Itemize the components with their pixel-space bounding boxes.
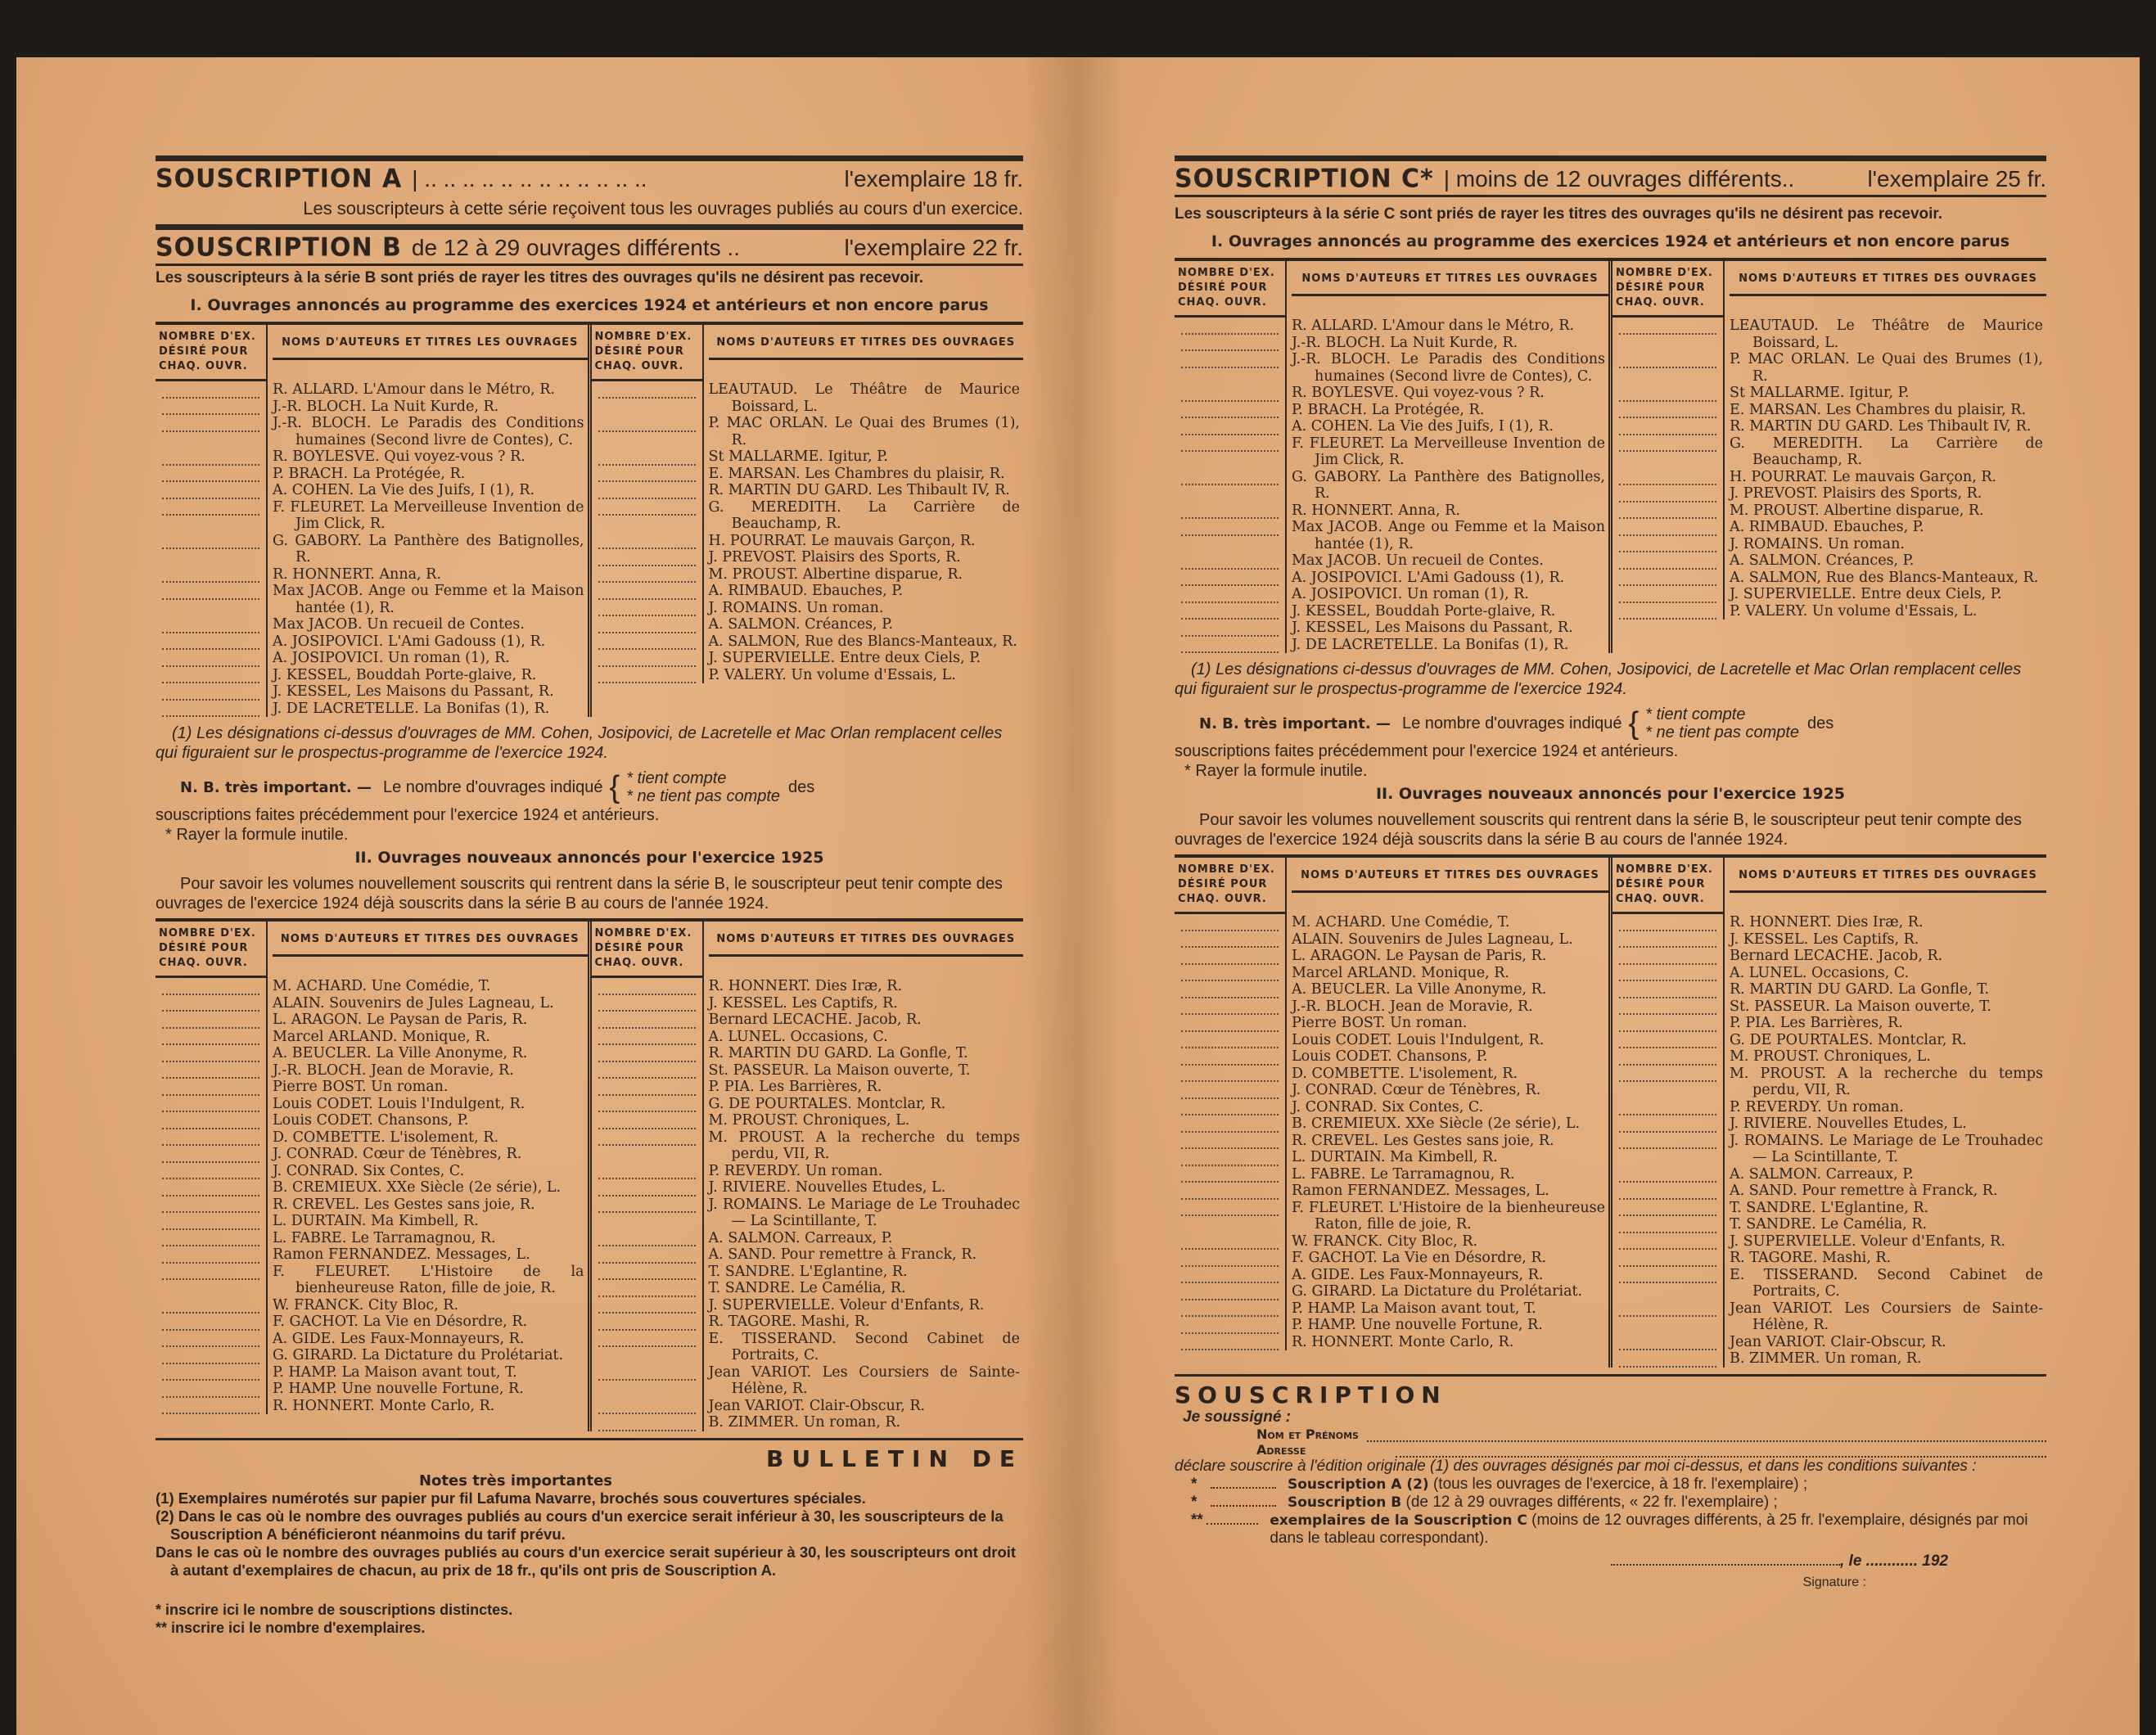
list-item: F. FLEURET. La Merveilleuse Invention de… (1175, 435, 1608, 469)
quantity-field[interactable] (156, 1012, 268, 1029)
quantity-field[interactable] (156, 667, 268, 684)
quantity-field[interactable] (156, 1297, 268, 1314)
quantity-field[interactable] (1175, 318, 1287, 335)
book-entry: Bernard LECACHE. Jacob, R. (709, 1012, 1021, 1029)
quantity-field[interactable] (156, 1196, 268, 1214)
quantity-field[interactable] (156, 1398, 268, 1415)
book-entry: A. JOSIPOVICI. L'Ami Gadouss (1), R. (1292, 570, 1605, 587)
table-right: NOMBRE D'EX. DÉSIRÉ POUR CHAQ. OUVR. NOM… (588, 922, 1024, 1431)
list-item: J. SUPERVIELLE. Entre deux Ciels, P. (592, 650, 1024, 667)
book-entry: F. FLEURET. L'Histoire de la bienheureus… (273, 1264, 584, 1297)
quantity-field[interactable] (156, 1163, 268, 1180)
quantity-field[interactable] (1175, 1300, 1287, 1318)
quantity-field[interactable] (1612, 485, 1725, 502)
list-item: Louis CODET. Louis l'Indulgent, R. (1175, 1032, 1608, 1049)
list-item: A. GIDE. Les Faux-Monnayeurs, R. (156, 1331, 588, 1348)
book-entry: Max JACOB. Ange ou Femme et la Maison ha… (1292, 519, 1605, 552)
book-entry: G. MEREDITH. La Carrière de Beauchamp, R… (1730, 435, 2043, 469)
quantity-field[interactable] (156, 399, 268, 416)
book-entry: LEAUTAUD. Le Théâtre de Maurice Boissard… (709, 381, 1021, 415)
quantity-field[interactable] (156, 616, 268, 633)
list-item: W. FRANCK. City Bloc, R. (1175, 1233, 1608, 1251)
quantity-field[interactable] (592, 650, 704, 667)
quantity-field[interactable] (1175, 1149, 1287, 1166)
quantity-field[interactable] (156, 415, 268, 448)
nb-suffix: des (788, 778, 814, 797)
quantity-field[interactable] (1175, 1233, 1287, 1251)
book-entry: J. SUPERVIELLE. Voleur d'Enfants, R. (709, 1297, 1021, 1314)
quantity-field[interactable] (1175, 1133, 1287, 1150)
quantity-field[interactable] (156, 448, 268, 466)
quantity-field[interactable] (592, 1196, 704, 1230)
book-entry: D. COMBETTE. L'isolement, R. (1292, 1066, 1605, 1083)
quantity-field[interactable] (592, 482, 704, 499)
divider (156, 155, 1023, 161)
list-item: R. MARTIN DU GARD. La Gonfle, T. (1612, 981, 2046, 998)
book-entry: B. ZIMMER. Un roman, R. (709, 1414, 1021, 1431)
book-entry: P. BRACH. La Protégée, R. (273, 466, 584, 483)
quantity-field[interactable] (1612, 1233, 1725, 1251)
list-item: P. PIA. Les Barrières, R. (592, 1079, 1024, 1096)
book-entry: T. SANDRE. L'Eglantine, R. (1730, 1200, 2043, 1217)
quantity-field[interactable] (1612, 998, 1725, 1016)
quantity-field[interactable] (156, 1213, 268, 1230)
book-entry: J. DE LACRETELLE. La Bonifas (1), R. (1292, 637, 1605, 654)
book-entry: M. PROUST. Chroniques, L. (709, 1112, 1021, 1129)
souscription-a-desc: | .. .. .. .. .. .. .. .. .. .. .. .. (402, 166, 844, 192)
quantity-field[interactable] (1175, 1267, 1287, 1284)
quantity-field[interactable] (156, 1331, 268, 1348)
quantity-field[interactable] (1175, 931, 1287, 949)
quantity-field[interactable] (592, 633, 704, 651)
quantity-field[interactable] (1612, 948, 1725, 965)
nb-option-2: * ne tient pas compte (626, 787, 780, 805)
list-item: Louis CODET. Chansons, P. (156, 1112, 588, 1129)
option-b[interactable]: * Souscription B (de 12 à 29 ouvrages di… (1175, 1494, 2046, 1512)
section2-table: NOMBRE D'EX. DÉSIRÉ POUR CHAQ. OUVR. NOM… (156, 918, 1023, 1431)
quantity-field[interactable] (1612, 1015, 1725, 1032)
list-item: E. TISSERAND. Second Cabinet de Portrait… (592, 1331, 1024, 1364)
list-item: R. TAGORE. Mashi, R. (1612, 1250, 2046, 1267)
quantity-field[interactable] (1612, 418, 1725, 435)
date-line[interactable]: , le ............ 192 (1175, 1552, 2046, 1571)
quantity-field[interactable] (1612, 1032, 1725, 1049)
quantity-field[interactable] (156, 1079, 268, 1096)
quantity-field[interactable] (1612, 519, 1725, 536)
option-a[interactable]: * Souscription A (2) (tous les ouvrages … (1175, 1476, 2046, 1494)
quantity-field[interactable] (592, 667, 704, 684)
book-entry: T. SANDRE. Le Camélia, R. (709, 1280, 1021, 1297)
quantity-field[interactable] (1612, 1334, 1725, 1351)
quantity-field[interactable] (1612, 1200, 1725, 1217)
book-list: M. ACHARD. Une Comédie, T.ALAIN. Souveni… (1175, 914, 1608, 1350)
list-item: R. HONNERT. Anna, R. (1175, 502, 1608, 520)
brace-icon: { (609, 770, 620, 805)
book-entry: J. SUPERVIELLE. Voleur d'Enfants, R. (1730, 1233, 2043, 1251)
list-item: A. SAND. Pour remettre à Franck, R. (592, 1246, 1024, 1264)
list-item: Ramon FERNANDEZ. Messages, L. (156, 1246, 588, 1264)
quantity-field[interactable] (592, 1246, 704, 1264)
quantity-field[interactable] (592, 1264, 704, 1281)
list-item: L. DURTAIN. Ma Kimbell, R. (1175, 1149, 1608, 1166)
book-entry: R. BOYLESVE. Qui voyez-vous ? R. (273, 448, 584, 466)
quantity-field[interactable] (592, 1012, 704, 1029)
quantity-field[interactable] (1612, 586, 1725, 603)
list-item: A. COHEN. La Vie des Juifs, I (1), R. (156, 482, 588, 499)
list-item: J.-R. BLOCH. Jean de Moravie, R. (1175, 998, 1608, 1016)
quantity-field[interactable] (156, 583, 268, 616)
quantity-field[interactable] (1175, 435, 1287, 469)
quantity-field[interactable] (156, 978, 268, 995)
book-entry: ALAIN. Souvenirs de Jules Lagneau, L. (1292, 931, 1605, 949)
book-entry: R. MARTIN DU GARD. Les Thibault IV, R. (1730, 418, 2043, 435)
quantity-field[interactable] (1175, 418, 1287, 435)
quantity-field[interactable] (1175, 998, 1287, 1016)
souscription-c-line: SOUSCRIPTION C* | moins de 12 ouvrages d… (1175, 161, 2046, 195)
nb-label: N. B. très important. — (1199, 715, 1391, 732)
quantity-field[interactable] (592, 978, 704, 995)
quantity-field[interactable] (156, 533, 268, 566)
book-entry: E. MARSAN. Les Chambres du plaisir, R. (709, 466, 1021, 483)
quantity-field[interactable] (156, 1045, 268, 1062)
book-entry: M. PROUST. Chroniques, L. (1730, 1048, 2043, 1066)
quantity-field[interactable] (1175, 1200, 1287, 1233)
quantity-field[interactable] (156, 683, 268, 701)
quantity-field[interactable] (1612, 1166, 1725, 1183)
book-entry: St. PASSEUR. La Maison ouverte, T. (709, 1062, 1021, 1079)
address-input[interactable] (1396, 1443, 2046, 1458)
book-entry: Jean VARIOT. Les Coursiers de Sainte-Hél… (709, 1364, 1021, 1398)
quantity-field[interactable] (592, 1364, 704, 1398)
quantity-field[interactable] (1612, 1099, 1725, 1116)
quantity-field[interactable] (1175, 620, 1287, 637)
quantity-field[interactable] (1612, 1183, 1725, 1200)
quantity-field[interactable] (1175, 552, 1287, 570)
quantity-field[interactable] (592, 499, 704, 533)
quantity-field[interactable] (1612, 502, 1725, 520)
book-entry: R. HONNERT. Monte Carlo, R. (273, 1398, 584, 1415)
quantity-field[interactable] (1175, 335, 1287, 352)
quantity-field[interactable] (1612, 435, 1725, 469)
list-item: R. ALLARD. L'Amour dans le Métro, R. (156, 381, 588, 399)
book-entry: J. CONRAD. Cœur de Ténèbres, R. (1292, 1082, 1605, 1099)
quantity-field[interactable] (1612, 965, 1725, 982)
book-entry: G. MEREDITH. La Carrière de Beauchamp, R… (709, 499, 1021, 533)
list-item: A. BEUCLER. La Ville Anonyme, R. (156, 1045, 588, 1062)
quantity-field[interactable] (1175, 1015, 1287, 1032)
quantity-field[interactable] (592, 1398, 704, 1415)
quantity-field[interactable] (592, 583, 704, 600)
quantity-field[interactable] (1612, 469, 1725, 486)
quantity-field[interactable] (1612, 603, 1725, 620)
list-item: A. LUNEL. Occasions, C. (592, 1029, 1024, 1046)
book-entry: Marcel ARLAND. Monique, R. (1292, 965, 1605, 982)
book-entry: R. HONNERT. Monte Carlo, R. (1292, 1334, 1605, 1351)
list-item: Jean VARIOT. Clair-Obscur, R. (592, 1398, 1024, 1415)
quantity-field[interactable] (592, 1297, 704, 1314)
book-entry: T. SANDRE. L'Eglantine, R. (709, 1264, 1021, 1281)
list-item: M. PROUST. Chroniques, L. (592, 1112, 1024, 1129)
quantity-field[interactable] (156, 482, 268, 499)
book-entry: R. HONNERT. Dies Iræ, R. (1730, 914, 2043, 931)
quantity-field[interactable] (156, 1364, 268, 1381)
quantity-field[interactable] (1175, 965, 1287, 982)
quantity-field[interactable] (592, 566, 704, 584)
quantity-field[interactable] (156, 499, 268, 533)
divider (1175, 155, 2046, 161)
souscription-b-line: SOUSCRIPTION B de 12 à 29 ouvrages diffé… (156, 230, 1023, 264)
list-item: G. DE POURTALES. Montclar, R. (1612, 1032, 2046, 1049)
quantity-field[interactable] (1175, 1317, 1287, 1334)
quantity-field[interactable] (592, 1314, 704, 1331)
quantity-field[interactable] (592, 1414, 704, 1431)
quantity-field[interactable] (592, 415, 704, 448)
quantity-field[interactable] (592, 1112, 704, 1129)
quantity-field[interactable] (156, 381, 268, 399)
quantity-field[interactable] (156, 650, 268, 667)
quantity-field[interactable] (1612, 1216, 1725, 1233)
address-field[interactable]: Adresse (1256, 1442, 2046, 1458)
list-item: R. CREVEL. Les Gestes sans joie, R. (156, 1196, 588, 1214)
quantity-field[interactable] (592, 1163, 704, 1180)
list-item: T. SANDRE. Le Camélia, R. (592, 1280, 1024, 1297)
name-field[interactable]: Nom et Prénoms (1256, 1426, 2046, 1442)
list-item: J.-R. BLOCH. Jean de Moravie, R. (156, 1062, 588, 1079)
quantity-field[interactable] (1612, 318, 1725, 351)
quantity-field[interactable] (156, 1314, 268, 1331)
quantity-field[interactable] (156, 1264, 268, 1297)
header-names: NOMS D'AUTEURS ET TITRES DES OUVRAGES (1292, 858, 1608, 893)
quantity-field[interactable] (1175, 603, 1287, 620)
book-entry: P. BRACH. La Protégée, R. (1292, 402, 1605, 419)
signature-label: Signature : (1175, 1575, 2046, 1590)
list-item: P. HAMP. La Maison avant tout, T. (1175, 1300, 1608, 1318)
quantity-field[interactable] (156, 1230, 268, 1247)
quantity-field[interactable] (1175, 1283, 1287, 1300)
quantity-field[interactable] (1175, 1099, 1287, 1116)
list-item: Jean VARIOT. Les Coursiers de Sainte-Hél… (592, 1364, 1024, 1398)
quantity-field[interactable] (592, 1062, 704, 1079)
book-entry: A. BEUCLER. La Ville Anonyme, R. (273, 1045, 584, 1062)
table-right: NOMBRE D'EX. DÉSIRÉ POUR CHAQ. OUVR. NOM… (588, 325, 1024, 717)
quantity-field[interactable] (156, 566, 268, 584)
table-left: NOMBRE D'EX. DÉSIRÉ POUR CHAQ. OUVR. NOM… (156, 325, 588, 717)
quantity-field[interactable] (156, 466, 268, 483)
quantity-field[interactable] (1175, 914, 1287, 931)
list-item: Louis CODET. Louis l'Indulgent, R. (156, 1096, 588, 1113)
nb-option-1: * tient compte (1645, 705, 1799, 723)
list-item: J. ROMAINS. Un roman. (592, 600, 1024, 617)
list-item: Jean VARIOT. Clair-Obscur, R. (1612, 1334, 2046, 1351)
quantity-field[interactable] (1612, 385, 1725, 402)
quantity-field[interactable] (156, 701, 268, 718)
book-list: LEAUTAUD. Le Théâtre de Maurice Boissard… (1612, 318, 2046, 620)
quantity-field[interactable] (1612, 552, 1725, 570)
option-a-input[interactable] (1211, 1487, 1276, 1489)
quantity-field[interactable] (592, 381, 704, 415)
souscription-a-title: SOUSCRIPTION A (156, 164, 402, 194)
quantity-field[interactable] (1175, 1032, 1287, 1049)
header-qty: NOMBRE D'EX. DÉSIRÉ POUR CHAQ. OUVR. (592, 325, 702, 381)
quantity-field[interactable] (592, 1230, 704, 1247)
quantity-field[interactable] (1175, 1115, 1287, 1133)
list-item: Marcel ARLAND. Monique, R. (1175, 965, 1608, 982)
list-item: A. SALMON. Créances, P. (1612, 552, 2046, 570)
quantity-field[interactable] (1175, 1066, 1287, 1083)
quantity-field[interactable] (1175, 637, 1287, 654)
quantity-field[interactable] (1175, 469, 1287, 502)
quantity-field[interactable] (1175, 351, 1287, 385)
quantity-field[interactable] (156, 1112, 268, 1129)
quantity-field[interactable] (1175, 1048, 1287, 1066)
quantity-field[interactable] (156, 1129, 268, 1147)
quantity-field[interactable] (1612, 914, 1725, 931)
bulletin-title: BULLETIN DE (156, 1445, 1023, 1472)
list-item: L. ARAGON. Le Paysan de Paris, R. (1175, 948, 1608, 965)
quantity-field[interactable] (156, 1246, 268, 1264)
quantity-field[interactable] (156, 995, 268, 1012)
list-item: P. HAMP. Une nouvelle Fortune, R. (156, 1381, 588, 1398)
quantity-field[interactable] (156, 633, 268, 651)
quantity-field[interactable] (1612, 1048, 1725, 1066)
quantity-field[interactable] (1612, 570, 1725, 587)
book-list: R. ALLARD. L'Amour dans le Métro, R.J.-R… (156, 381, 588, 717)
list-item: J. RIVIERE. Nouvelles Etudes, L. (1612, 1115, 2046, 1133)
quantity-field[interactable] (592, 1045, 704, 1062)
option-c[interactable]: ** exemplaires de la Souscription C (moi… (1175, 1512, 2046, 1548)
quantity-field[interactable] (1175, 1166, 1287, 1183)
book-entry: J. KESSEL. Les Captifs, R. (709, 995, 1021, 1012)
quantity-field[interactable] (1612, 1267, 1725, 1300)
quantity-field[interactable] (156, 1029, 268, 1046)
quantity-field[interactable] (1175, 1082, 1287, 1099)
book-entry: B. CREMIEUX. XXe Siècle (2e série), L. (273, 1179, 584, 1196)
quantity-field[interactable] (1612, 1350, 1725, 1368)
book-entry: R. ALLARD. L'Amour dans le Métro, R. (1292, 318, 1605, 335)
book-entry: Jean VARIOT. Clair-Obscur, R. (709, 1398, 1021, 1415)
list-item: P. VALERY. Un volume d'Essais, L. (592, 667, 1024, 684)
quantity-field[interactable] (1612, 1066, 1725, 1099)
quantity-field[interactable] (592, 1029, 704, 1046)
quantity-field[interactable] (592, 1096, 704, 1113)
book-entry: P. VALERY. Un volume d'Essais, L. (1730, 603, 2043, 620)
quantity-field[interactable] (1175, 519, 1287, 552)
quantity-field[interactable] (1175, 402, 1287, 419)
quantity-field[interactable] (156, 1062, 268, 1079)
quantity-field[interactable] (592, 995, 704, 1012)
table-left: NOMBRE D'EX. DÉSIRÉ POUR CHAQ. OUVR. NOM… (1175, 261, 1608, 653)
name-input[interactable] (1367, 1427, 2046, 1442)
book-entry: A. GIDE. Les Faux-Monnayeurs, R. (273, 1331, 584, 1348)
quantity-field[interactable] (592, 448, 704, 466)
quantity-field[interactable] (1175, 586, 1287, 603)
quantity-field[interactable] (1612, 1250, 1725, 1267)
book-entry: St MALLARME. Igitur, P. (1730, 385, 2043, 402)
quantity-field[interactable] (1612, 402, 1725, 419)
book-entry: J.-R. BLOCH. La Nuit Kurde, R. (1292, 335, 1605, 352)
book-entry: St MALLARME. Igitur, P. (709, 448, 1021, 466)
quantity-field[interactable] (156, 1347, 268, 1364)
quantity-field[interactable] (1175, 502, 1287, 520)
quantity-field[interactable] (156, 1381, 268, 1398)
list-item: L. FABRE. Le Tarramagnou, R. (156, 1230, 588, 1247)
quantity-field[interactable] (1612, 981, 1725, 998)
book-entry: J.-R. BLOCH. Le Paradis des Conditions h… (273, 415, 584, 448)
list-item: J. KESSEL, Les Maisons du Passant, R. (1175, 620, 1608, 637)
option-b-input[interactable] (1211, 1505, 1276, 1507)
quantity-field[interactable] (1175, 948, 1287, 965)
list-item: R. HONNERT. Dies Iræ, R. (592, 978, 1024, 995)
nb-option-2: * ne tient pas compte (1645, 723, 1799, 741)
quantity-field[interactable] (156, 1096, 268, 1113)
option-c-input[interactable] (1207, 1523, 1258, 1525)
quantity-field[interactable] (1612, 536, 1725, 553)
quantity-field[interactable] (1175, 385, 1287, 402)
list-item: A. SALMON, Rue des Blancs-Manteaux, R. (592, 633, 1024, 651)
list-item: M. PROUST. Albertine disparue, R. (592, 566, 1024, 584)
quantity-field[interactable] (156, 1179, 268, 1196)
list-item: St. PASSEUR. La Maison ouverte, T. (1612, 998, 2046, 1016)
header-names: NOMS D'AUTEURS ET TITRES DES OUVRAGES (709, 922, 1024, 957)
quantity-field[interactable] (592, 533, 704, 550)
book-entry: P. MAC ORLAN. Le Quai des Brumes (1), R. (1730, 351, 2043, 385)
quantity-field[interactable] (1175, 981, 1287, 998)
list-item: J. KESSEL, Bouddah Porte-glaive, R. (1175, 603, 1608, 620)
quantity-field[interactable] (592, 616, 704, 633)
book-entry: G. DE POURTALES. Montclar, R. (709, 1096, 1021, 1113)
quantity-field[interactable] (592, 1079, 704, 1096)
book-entry: P. REVERDY. Un roman. (709, 1163, 1021, 1180)
book-entry: J. CONRAD. Cœur de Ténèbres, R. (273, 1146, 584, 1163)
list-item: R. ALLARD. L'Amour dans le Métro, R. (1175, 318, 1608, 335)
book-entry: P. PIA. Les Barrières, R. (709, 1079, 1021, 1096)
section2-title: II. Ouvrages nouveaux annoncés pour l'ex… (1175, 784, 2046, 804)
quantity-field[interactable] (1175, 1250, 1287, 1267)
list-item: M. PROUST. Albertine disparue, R. (1612, 502, 2046, 520)
quantity-field[interactable] (592, 1280, 704, 1297)
quantity-field[interactable] (1612, 1133, 1725, 1166)
list-item: A. JOSIPOVICI. Un roman (1), R. (156, 650, 588, 667)
quantity-field[interactable] (1612, 1300, 1725, 1334)
header-names: NOMS D'AUTEURS ET TITRES LES OUVRAGES (273, 325, 588, 360)
book-list: R. HONNERT. Dies Iræ, R.J. KESSEL. Les C… (592, 978, 1024, 1431)
quantity-field[interactable] (1612, 351, 1725, 385)
quantity-field[interactable] (592, 549, 704, 566)
list-item: St MALLARME. Igitur, P. (1612, 385, 2046, 402)
quantity-field[interactable] (592, 1129, 704, 1163)
quantity-field[interactable] (592, 600, 704, 617)
book-entry: F. GACHOT. La Vie en Désordre, R. (1292, 1250, 1605, 1267)
header-names: NOMS D'AUTEURS ET TITRES DES OUVRAGES (1730, 858, 2046, 893)
nb-continuation: souscriptions faites précédemment pour l… (156, 805, 1023, 825)
quantity-field[interactable] (1612, 931, 1725, 949)
star-note-2: ** inscrire ici le nombre d'exemplaires. (156, 1619, 1023, 1637)
quantity-field[interactable] (156, 1146, 268, 1163)
quantity-field[interactable] (592, 1179, 704, 1196)
list-item: Marcel ARLAND. Monique, R. (156, 1029, 588, 1046)
quantity-field[interactable] (1175, 1334, 1287, 1351)
quantity-field[interactable] (592, 466, 704, 483)
book-entry: M. PROUST. Albertine disparue, R. (709, 566, 1021, 584)
list-item: A. COHEN. La Vie des Juifs, I (1), R. (1175, 418, 1608, 435)
quantity-field[interactable] (592, 1331, 704, 1364)
quantity-field[interactable] (1175, 570, 1287, 587)
quantity-field[interactable] (1612, 1115, 1725, 1133)
book-entry: E. TISSERAND. Second Cabinet de Portrait… (709, 1331, 1021, 1364)
list-item: R. HONNERT. Monte Carlo, R. (156, 1398, 588, 1415)
book-entry: E. MARSAN. Les Chambres du plaisir, R. (1730, 402, 2043, 419)
quantity-field[interactable] (1175, 1183, 1287, 1200)
